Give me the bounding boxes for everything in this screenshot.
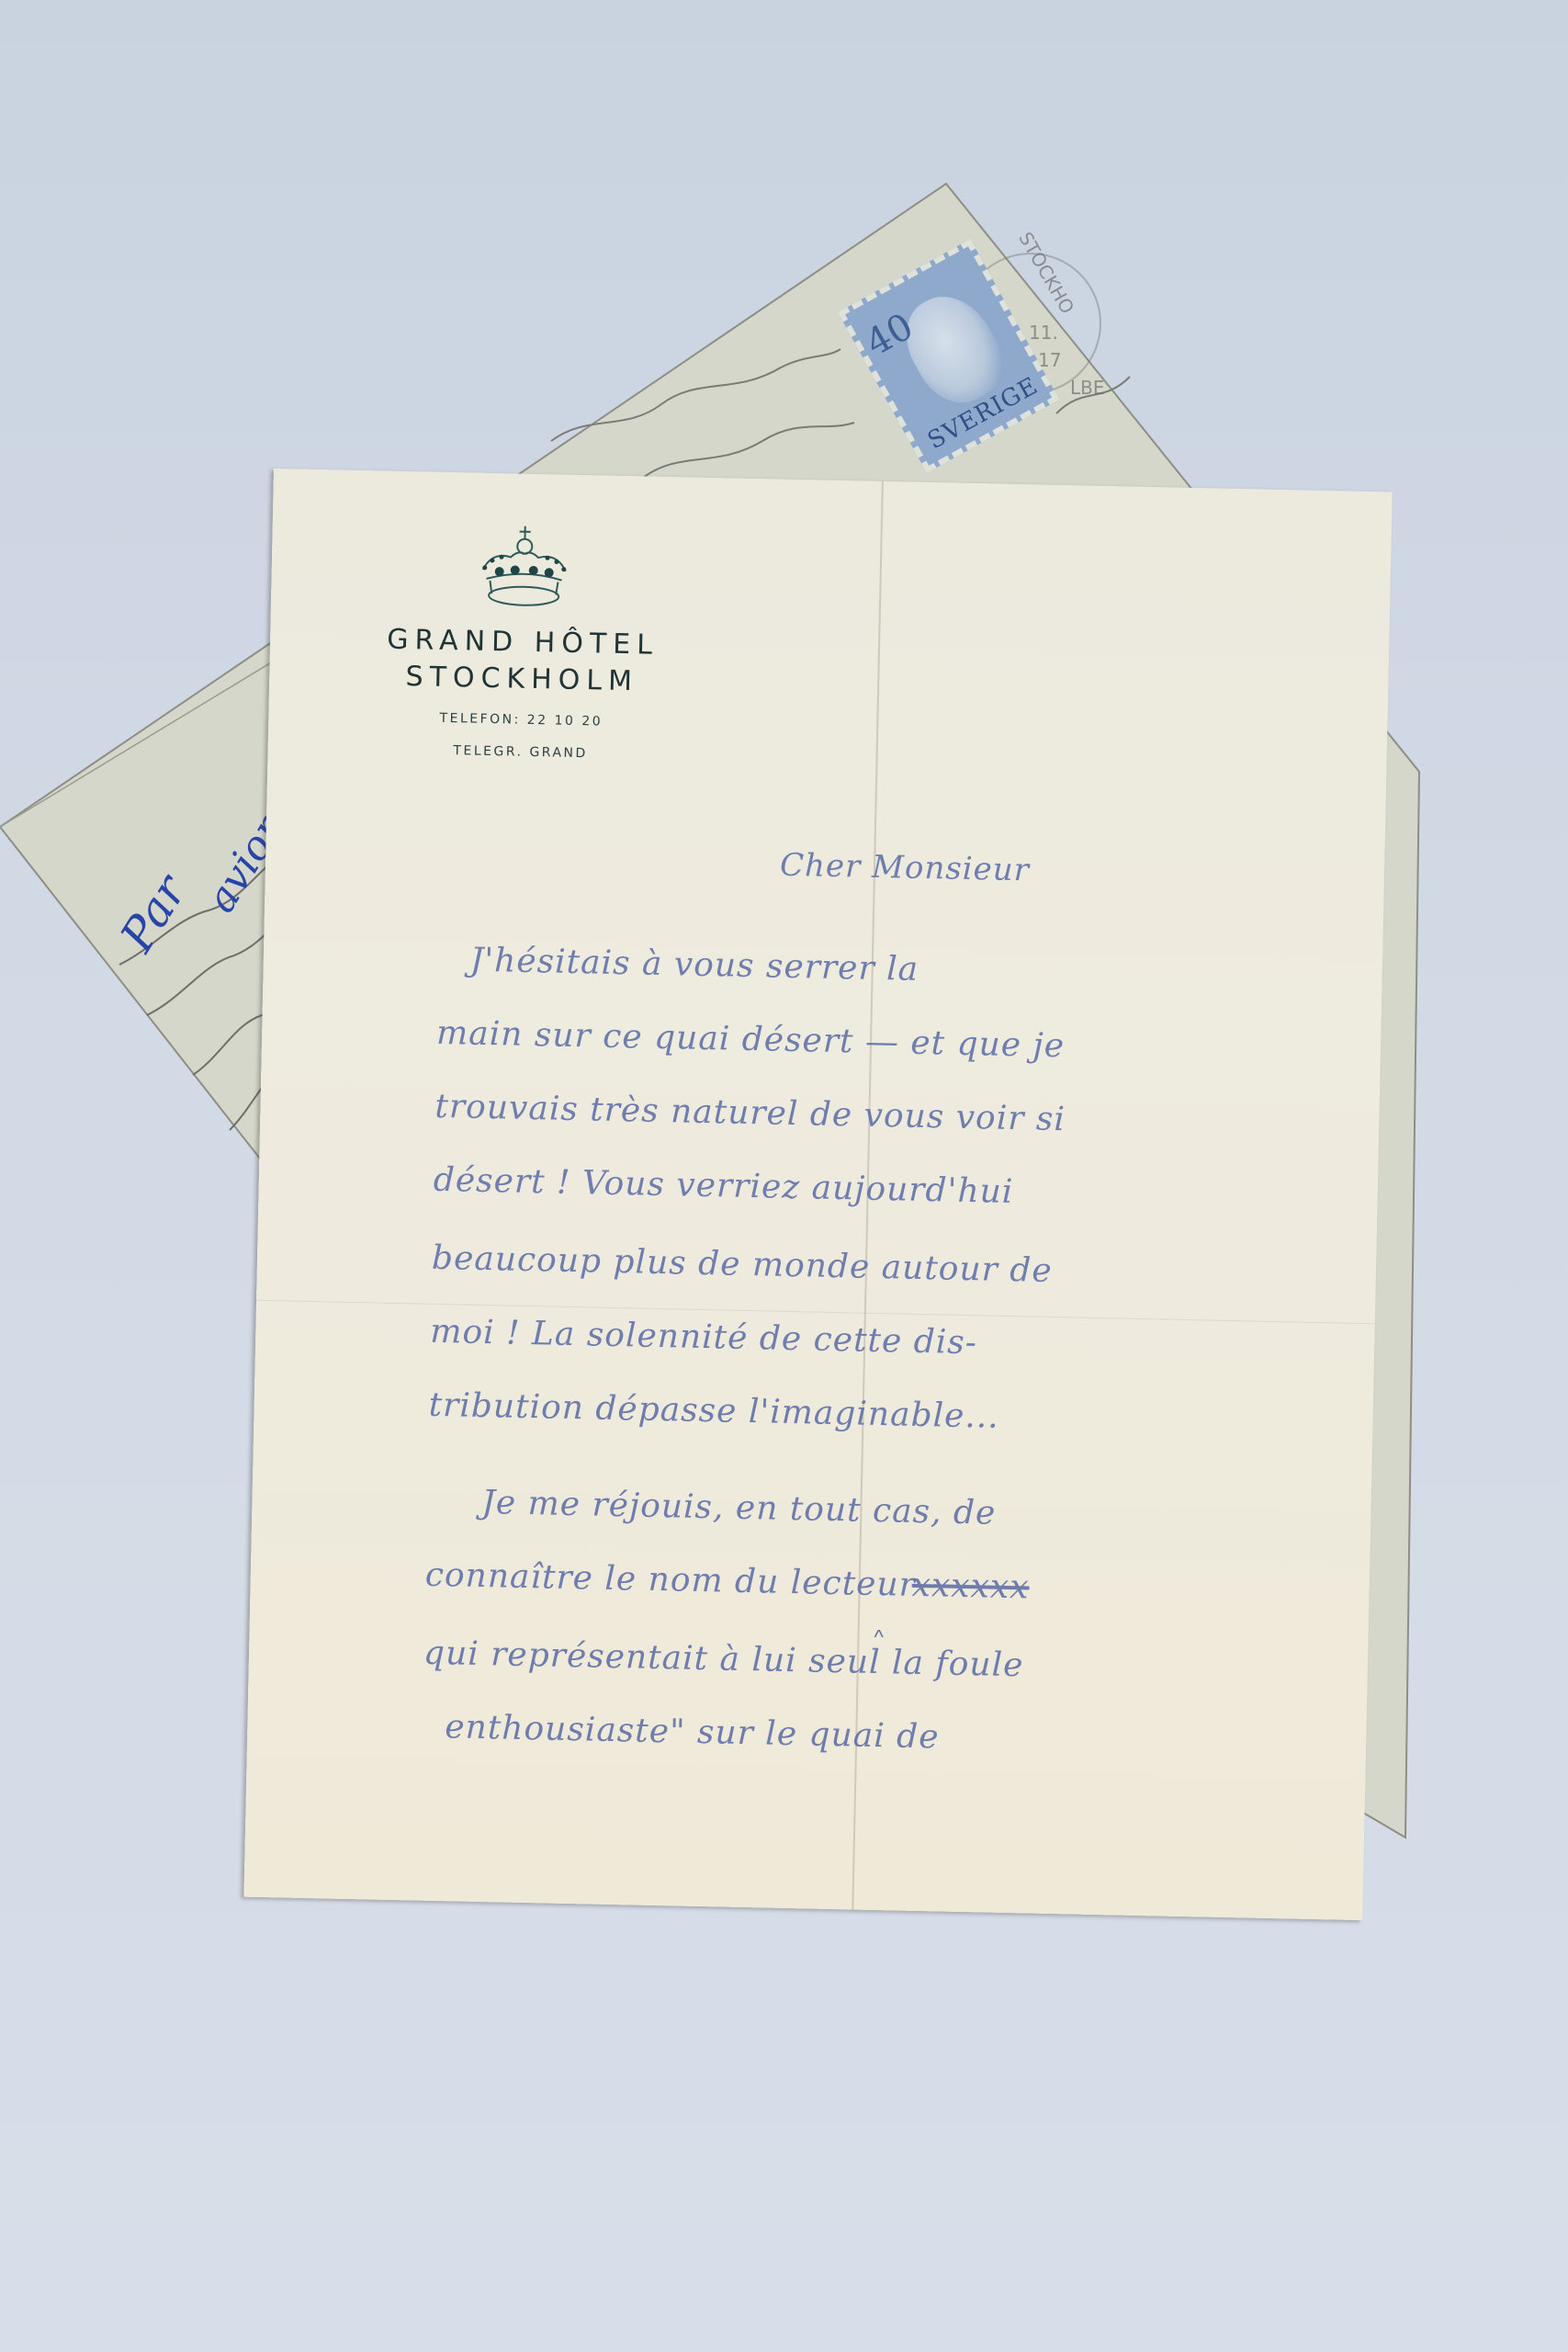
letter-sheet: GRAND HÔTEL STOCKHOLM TELEFON: 22 10 20 … [243, 469, 1392, 1920]
letter-line-2: main sur ce quai désert — et que je [436, 1014, 1066, 1065]
letter-line-8: Je me réjouis, en tout cas, de [481, 1484, 997, 1532]
postmark-office: LBE [1070, 377, 1105, 399]
hotel-telegram: TELEGR. GRAND [368, 740, 671, 765]
letter-line-10: qui représentait à lui seul la foule [423, 1634, 1024, 1685]
letter-line-3: trouvais très naturel de vous voir si [434, 1088, 1066, 1138]
letter-line-5: beaucoup plus de monde autour de [432, 1239, 1053, 1290]
letter-line-4: désert ! Vous verriez aujourd'hui [433, 1161, 1013, 1211]
hotel-name-line2: STOCKHOLM [370, 658, 674, 701]
struck-out-word: xxxxxx [911, 1566, 1030, 1607]
letterhead: GRAND HÔTEL STOCKHOLM TELEFON: 22 10 20 … [368, 521, 676, 765]
postmark-date: 11. [1029, 322, 1058, 344]
hotel-telephone: TELEFON: 22 10 20 [369, 707, 672, 733]
letter-line-9: connaître le nom du lecteur [424, 1556, 916, 1604]
letter-line-6: moi ! La solennité de cette dis- [430, 1313, 977, 1362]
crown-icon [473, 524, 576, 613]
letter-line-1: J'hésitais à vous serrer la [469, 942, 919, 989]
hotel-name-line1: GRAND HÔTEL [371, 621, 675, 664]
salutation: Cher Monsieur [780, 847, 1031, 889]
letter-line-7: tribution dépasse l'imaginable... [428, 1386, 999, 1436]
letter-line-11: enthousiaste" sur le quai de [445, 1708, 940, 1756]
photo-scene: STOCKHO 11. 17 LBE 40 SVERIGE Par avion [0, 0, 1568, 2352]
